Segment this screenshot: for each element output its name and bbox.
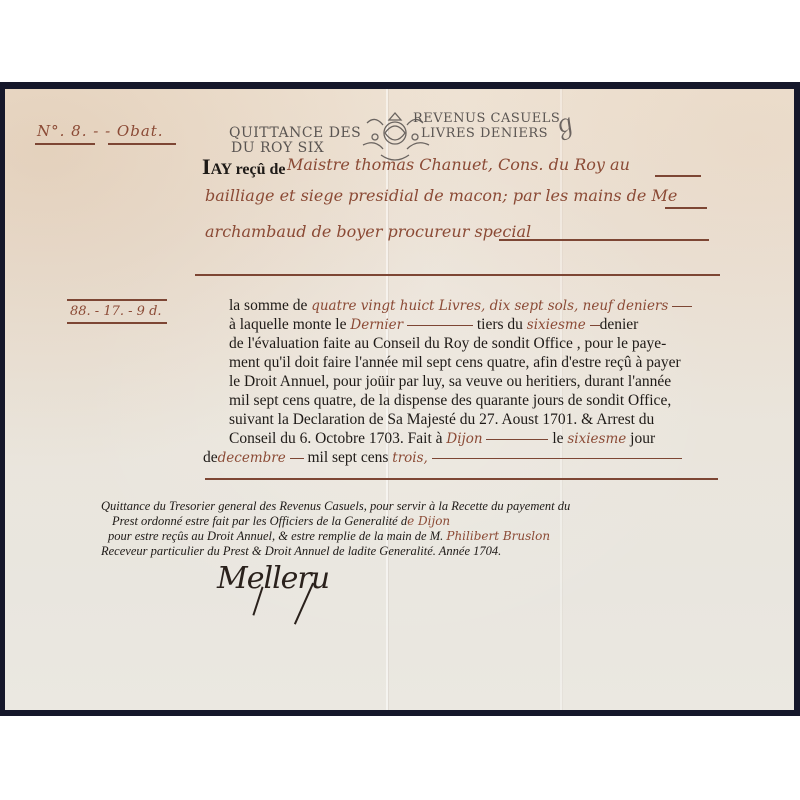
receipt-opening: IAY reçû de bbox=[202, 154, 286, 180]
body-line-6: mil sept cens quatre, de la dispense des… bbox=[229, 392, 671, 410]
tax-stamp-left: QUITTANCE DES DU ROY SIX bbox=[229, 126, 361, 156]
fill-line bbox=[205, 478, 718, 480]
body-line-1: la somme de quatre vingt huict Livres, d… bbox=[229, 297, 692, 315]
fill-line bbox=[655, 175, 701, 177]
receiver-name: Philibert Bruslon bbox=[446, 529, 550, 543]
reference-number: N°. 8. - - Obat. bbox=[37, 122, 164, 140]
document-paper: N°. 8. - - Obat. QUITTANCE DES DU ROY SI… bbox=[5, 89, 794, 710]
payer-line-3: archambaud de boyer procureur special bbox=[205, 222, 531, 241]
signature: Melleru bbox=[217, 561, 329, 596]
footer-line-1: Quittance du Tresorier general des Reven… bbox=[101, 499, 570, 514]
margin-rule bbox=[67, 299, 167, 301]
stamp-text: REVENUS CASUELS bbox=[413, 111, 560, 126]
tax-stamp-right: REVENUS CASUELS LIVRES DENIERS bbox=[413, 111, 560, 141]
body-line-2: à laquelle monte le Dernier tiers du six… bbox=[229, 316, 638, 334]
margin-rule bbox=[67, 322, 167, 324]
payer-line-1: Maistre thomas Chanuet, Cons. du Roy au bbox=[287, 155, 630, 174]
underline bbox=[35, 143, 95, 145]
amount-figures: 88. - 17. - 9 d. bbox=[70, 304, 162, 319]
footer-line-3: pour estre reçûs au Droit Annuel, & estr… bbox=[108, 529, 550, 544]
month: decembre bbox=[218, 450, 286, 466]
amount-in-words: quatre vingt huict Livres, dix sept sols… bbox=[311, 298, 668, 314]
stamp-text: QUITTANCE DES bbox=[229, 126, 361, 141]
underline bbox=[108, 143, 176, 145]
fill-line bbox=[195, 274, 720, 276]
footer-line-4: Receveur particulier du Prest & Droit An… bbox=[101, 544, 501, 559]
footer-line-2: Prest ordonné estre fait par les Officie… bbox=[112, 514, 450, 529]
opening-text: AY reçû de bbox=[211, 161, 286, 178]
body-line-4: ment qu'il doit faire l'année mil sept c… bbox=[229, 354, 681, 372]
payer-line-2: bailliage et siege presidial de macon; p… bbox=[205, 186, 677, 205]
fill-line bbox=[499, 239, 709, 241]
year-written: trois, bbox=[392, 450, 428, 466]
body-line-3: de l'évaluation faite au Conseil du Roy … bbox=[229, 335, 666, 353]
stamp-text: LIVRES DENIERS bbox=[413, 126, 560, 141]
body-line-7: suivant la Declaration de Sa Majesté du … bbox=[229, 411, 654, 429]
fill-line bbox=[665, 207, 707, 209]
day: sixiesme bbox=[567, 431, 626, 447]
drop-cap: I bbox=[202, 154, 211, 179]
place-name: Dijon bbox=[446, 431, 482, 447]
body-line-5: le Droit Annuel, pour joüir par luy, sa … bbox=[229, 373, 671, 391]
body-line-9: dedecembre mil sept cens trois, bbox=[203, 449, 682, 467]
body-line-8: Conseil du 6. Octobre 1703. Fait à Dijon… bbox=[229, 430, 655, 448]
